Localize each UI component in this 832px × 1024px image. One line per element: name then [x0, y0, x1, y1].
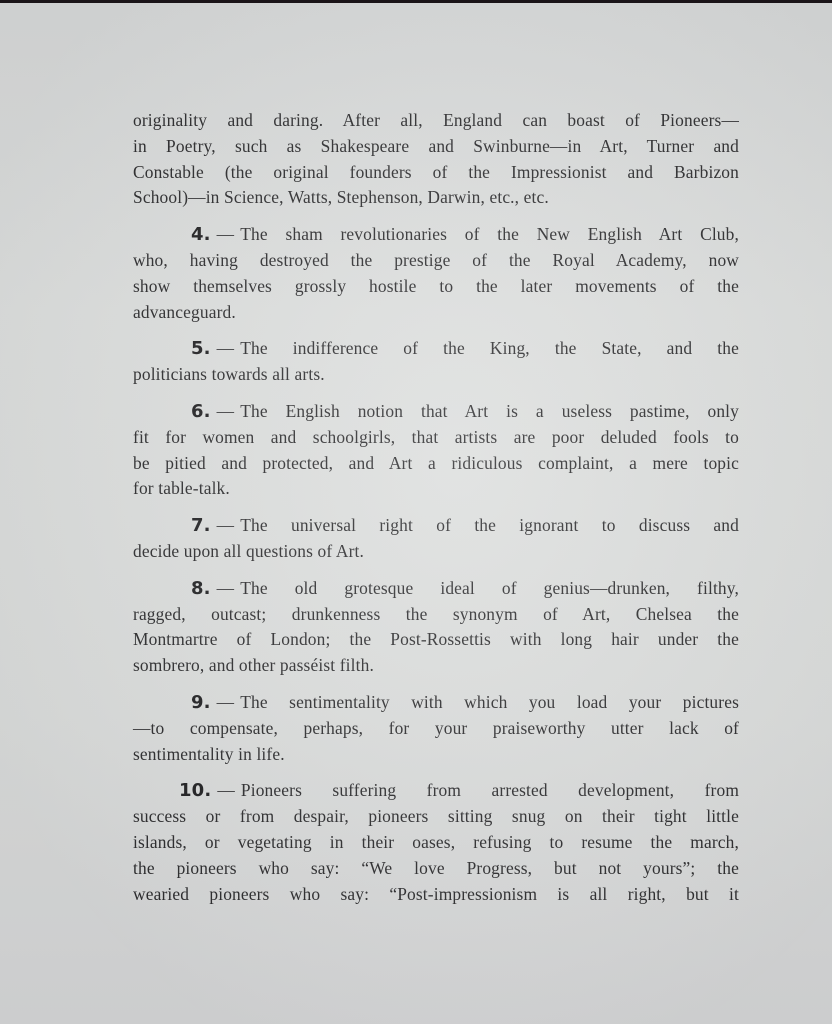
- text-line: The old grotesque ideal of genius—drunke…: [240, 578, 739, 598]
- text-line: be pitied and protected, and Art a ridic…: [133, 451, 739, 477]
- intro-paragraph: originality and daring. After all, Engla…: [133, 108, 739, 211]
- item-number: 4.: [191, 224, 211, 245]
- em-dash: —: [217, 692, 235, 712]
- item-number: 10.: [179, 780, 211, 801]
- text-line: Constable (the original founders of the …: [133, 160, 739, 186]
- text-line: fit for women and schoolgirls, that arti…: [133, 425, 739, 451]
- item-7: 7.—The universal right of the ignorant t…: [133, 513, 739, 565]
- item-9: 9.—The sentimentality with which you loa…: [133, 690, 739, 767]
- text-line: success or from despair, pioneers sittin…: [133, 804, 739, 830]
- text-line: in Poetry, such as Shakespeare and Swinb…: [133, 134, 739, 160]
- text-line: sentimentality in life.: [133, 742, 739, 768]
- item-number: 6.: [191, 401, 211, 422]
- document-body: originality and daring. After all, Engla…: [133, 108, 739, 918]
- text-line: the pioneers who say: “We love Progress,…: [133, 856, 739, 882]
- text-line: sombrero, and other passéist filth.: [133, 653, 739, 679]
- text-line: Pioneers suffering from arrested develop…: [241, 780, 739, 800]
- item-6: 6.—The English notion that Art is a usel…: [133, 399, 739, 502]
- item-4: 4.—The sham revolutionaries of the New E…: [133, 222, 739, 325]
- text-line: originality and daring. After all, Engla…: [133, 108, 739, 134]
- text-line: show themselves grossly hostile to the l…: [133, 274, 739, 300]
- em-dash: —: [217, 780, 235, 800]
- text-line: ragged, outcast; drunkenness the synonym…: [133, 602, 739, 628]
- item-number: 5.: [191, 338, 211, 359]
- item-number: 7.: [191, 515, 211, 536]
- scanned-page: originality and daring. After all, Engla…: [0, 3, 832, 1024]
- text-line: politicians towards all arts.: [133, 362, 739, 388]
- item-number: 8.: [191, 578, 211, 599]
- em-dash: —: [217, 401, 235, 421]
- text-line: advanceguard.: [133, 300, 739, 326]
- text-line: The sentimentality with which you load y…: [240, 692, 739, 712]
- item-5: 5.—The indifference of the King, the Sta…: [133, 336, 739, 388]
- em-dash: —: [217, 578, 235, 598]
- text-line: The indifference of the King, the State,…: [240, 338, 739, 358]
- text-line: who, having destroyed the prestige of th…: [133, 248, 739, 274]
- text-line: School)—in Science, Watts, Stephenson, D…: [133, 185, 739, 211]
- text-line: decide upon all questions of Art.: [133, 539, 739, 565]
- em-dash: —: [217, 224, 235, 244]
- em-dash: —: [217, 338, 235, 358]
- text-line: The English notion that Art is a useless…: [240, 401, 739, 421]
- em-dash: —: [217, 515, 235, 535]
- text-line: The universal right of the ignorant to d…: [240, 515, 739, 535]
- text-line: for table-talk.: [133, 476, 739, 502]
- text-line: The sham revolutionaries of the New Engl…: [240, 224, 739, 244]
- item-10: 10.—Pioneers suffering from arrested dev…: [133, 778, 739, 907]
- text-line: wearied pioneers who say: “Post-impressi…: [133, 882, 739, 908]
- item-8: 8.—The old grotesque ideal of genius—dru…: [133, 576, 739, 679]
- text-line: islands, or vegetating in their oases, r…: [133, 830, 739, 856]
- text-line: —to compensate, perhaps, for your praise…: [133, 716, 739, 742]
- text-line: Montmartre of London; the Post-Rossettis…: [133, 627, 739, 653]
- item-number: 9.: [191, 692, 211, 713]
